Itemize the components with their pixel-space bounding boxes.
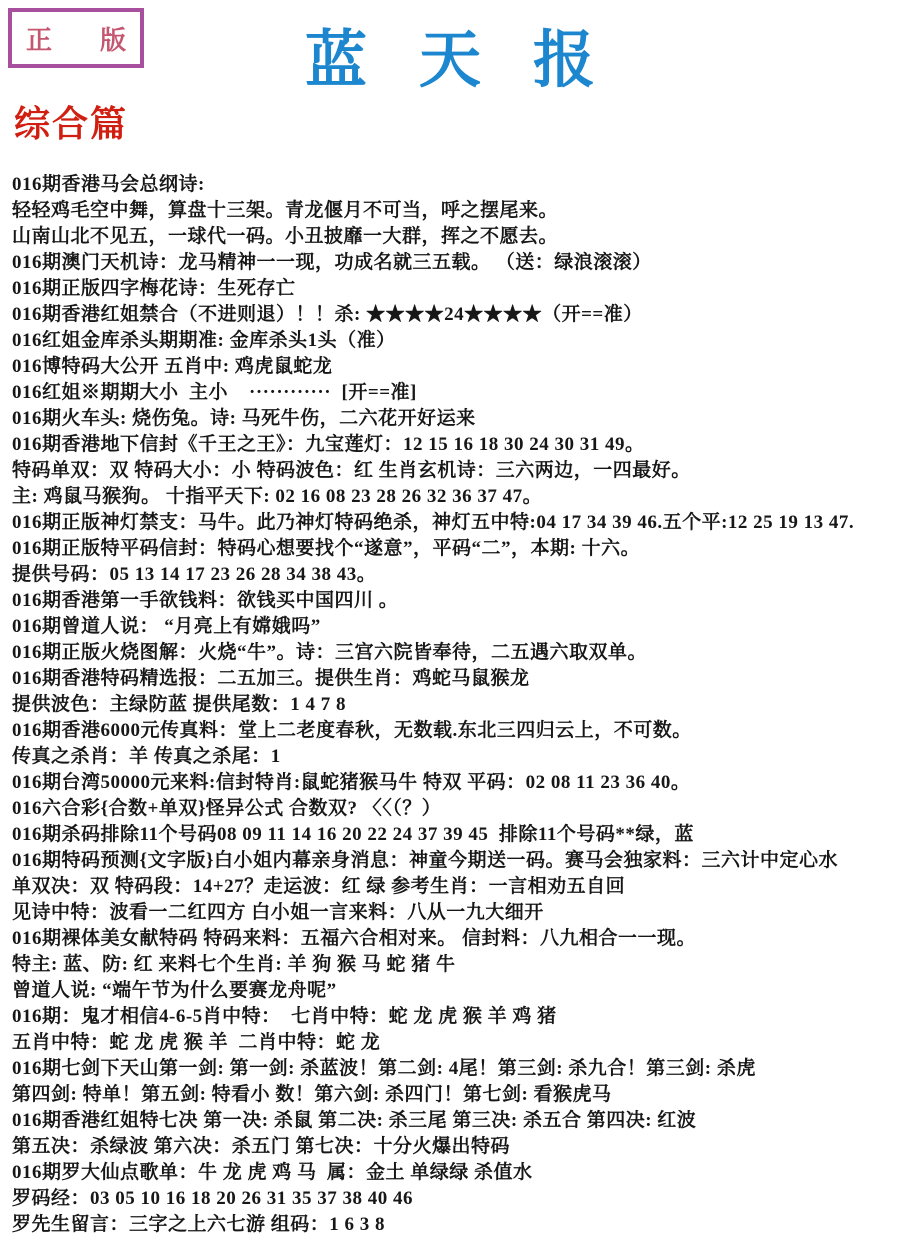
text-line: 提供波色：主绿防蓝 提供尾数：1 4 7 8 [12,692,900,718]
text-line: 曾道人说: “端午节为什么要赛龙舟呢” [12,978,900,1004]
text-line: 单双决：双 特码段：14+27？走运波：红 绿 参考生肖：一言相劝五自回 [12,874,900,900]
text-line: 016期台湾50000元来料:信封特肖:鼠蛇猪猴马牛 特双 平码：02 08 1… [12,770,900,796]
text-line: 016期七剑下天山第一剑: 第一剑: 杀蓝波！第二剑: 4尾！第三剑: 杀九合！… [12,1056,900,1082]
text-line: 见诗中特：波看一二红四方 白小姐一言来料：八从一九大细开 [12,900,900,926]
text-line: 016期正版四字梅花诗：生死存亡 [12,276,900,302]
text-line: 016期香港红姐特七决 第一决: 杀鼠 第二决: 杀三尾 第三决: 杀五合 第四… [12,1108,900,1134]
text-line: 016期曾道人说： “月亮上有嫦娥吗” [12,614,900,640]
page-title: 蓝天报 [0,10,900,99]
text-line: 轻轻鸡毛空中舞，算盘十三架。青龙偃月不可当，呼之摆尾来。 [12,198,900,224]
text-line: 第四剑: 特单！第五剑: 特看小 数！第六剑: 杀四门！第七剑: 看猴虎马 [12,1082,900,1108]
section-title: 综合篇 [14,96,128,147]
text-line: 016期正版火烧图解：火烧“牛”。诗：三宫六院皆奉待，二五遇六取双单。 [12,640,900,666]
text-line: 罗先生留言：三字之上六七游 组码：1 6 3 8 [12,1212,900,1238]
text-line: 第五决：杀绿波 第六决：杀五门 第七决：十分火爆出特码 [12,1134,900,1160]
text-line: 016期香港马会总纲诗: [12,172,900,198]
text-line: 016期杀码排除11个号码08 09 11 14 16 20 22 24 37 … [12,822,900,848]
newspaper-page: 正 版 蓝天报 综合篇 016期香港马会总纲诗: 轻轻鸡毛空中舞，算盘十三架。青… [0,0,900,1243]
text-line: 016六合彩{合数+单双}怪异公式 合数双? 〈〈（？） [12,796,900,822]
text-line: 016期火车头: 烧伤兔。诗: 马死牛伤，二六花开好运来 [12,406,900,432]
text-line: 016期裸体美女献特码 特码来料：五福六合相对来。 信封料：八九相合一一现。 [12,926,900,952]
tips-content: 016期香港马会总纲诗: 轻轻鸡毛空中舞，算盘十三架。青龙偃月不可当，呼之摆尾来… [12,172,900,1238]
text-line: 016期香港第一手欲钱料：欲钱买中国四川 。 [12,588,900,614]
text-line: 016期正版神灯禁支：马牛。此乃神灯特码绝杀，神灯五中特:04 17 34 39… [12,510,900,536]
text-line: 016期香港红姐禁合（不进则退）！！杀: ★★★★24★★★★（开==准） [12,302,900,328]
text-line: 016期香港地下信封《千王之王》：九宝莲灯：12 15 16 18 30 24 … [12,432,900,458]
text-line: 016红姐※期期大小 主小 ············ [开==准] [12,380,900,406]
text-line: 特主: 蓝、防: 红 来料七个生肖: 羊 狗 猴 马 蛇 猪 牛 [12,952,900,978]
text-line: 016期罗大仙点歌单：牛 龙 虎 鸡 马 属：金土 单绿绿 杀值水 [12,1160,900,1186]
text-line: 016博特码大公开 五肖中: 鸡虎鼠蛇龙 [12,354,900,380]
text-line: 016期澳门天机诗：龙马精神一一现，功成名就三五载。 （送：绿浪滚滚） [12,250,900,276]
text-line: 五肖中特：蛇 龙 虎 猴 羊 二肖中特：蛇 龙 [12,1030,900,1056]
text-line: 传真之杀肖：羊 传真之杀尾：1 [12,744,900,770]
text-line: 提供号码：05 13 14 17 23 26 28 34 38 43。 [12,562,900,588]
text-line: 016期香港特码精选报：二五加三。提供生肖：鸡蛇马鼠猴龙 [12,666,900,692]
text-line: 特码单双：双 特码大小：小 特码波色：红 生肖玄机诗：三六两边，一四最好。 [12,458,900,484]
text-line: 罗码经：03 05 10 16 18 20 26 31 35 37 38 40 … [12,1186,900,1212]
text-line: 主: 鸡鼠马猴狗。 十指平天下: 02 16 08 23 28 26 32 36… [12,484,900,510]
text-line: 016期正版特平码信封：特码心想要找个“遂意”，平码“二”，本期: 十六。 [12,536,900,562]
text-line: 016期特码预测{文字版}白小姐内幕亲身消息：神童今期送一码。赛马会独家料：三六… [12,848,900,874]
text-line: 016期：鬼才相信4-6-5肖中特： 七肖中特：蛇 龙 虎 猴 羊 鸡 猪 [12,1004,900,1030]
text-line: 016期香港6000元传真料：堂上二老度春秋，无数载.东北三四归云上，不可数。 [12,718,900,744]
text-line: 016红姐金库杀头期期准: 金库杀头1头（准） [12,328,900,354]
text-line: 山南山北不见五，一球代一码。小丑披靡一大群，挥之不愿去。 [12,224,900,250]
